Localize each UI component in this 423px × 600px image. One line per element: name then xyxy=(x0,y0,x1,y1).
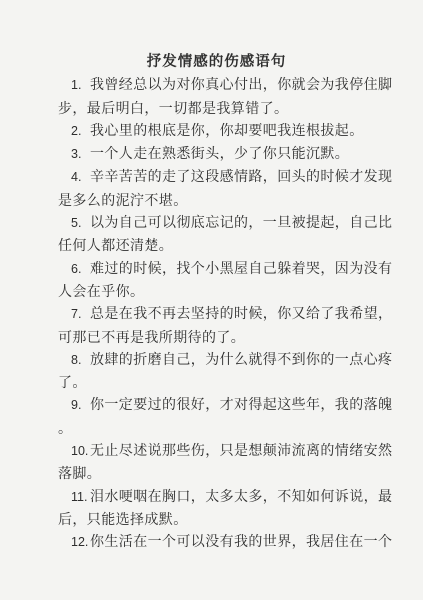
item-line: 是多么的泥泞不堪。 xyxy=(58,189,375,211)
list-item: 6.难过的时候，找个小黑屋自己躲着哭，因为没有 人会在乎你。 xyxy=(58,257,375,303)
item-number: 2. xyxy=(71,120,90,142)
item-line: 4.辛辛苦苦的走了这段感情路，回头的时候才发现 xyxy=(58,165,375,188)
item-line: 9.你一定要过的很好，才对得起这些年，我的落魄 xyxy=(58,393,375,416)
list-item: 12.你生活在一个可以没有我的世界，我居住在一个 xyxy=(58,530,375,553)
item-line: 可那已不再是我所期待的了。 xyxy=(58,326,375,348)
item-line: 了。 xyxy=(58,371,375,393)
item-text: 你生活在一个可以没有我的世界，我居住在一个 xyxy=(90,533,392,549)
item-number: 6. xyxy=(71,258,90,280)
item-line: 落脚。 xyxy=(58,462,375,484)
item-number: 7. xyxy=(71,303,90,325)
item-text: 难过的时候，找个小黑屋自己躲着哭，因为没有 xyxy=(90,260,392,276)
page-title: 抒发情感的伤感语句 xyxy=(58,51,375,73)
item-text: 你一定要过的很好，才对得起这些年，我的落魄 xyxy=(90,396,392,412)
item-number: 9. xyxy=(71,394,90,416)
item-line: 2.我心里的根底是你，你却要吧我连根拔起。 xyxy=(58,119,375,142)
item-text: 以为自己可以彻底忘记的，一旦被提起，自己比 xyxy=(90,214,392,230)
item-line: 8.放肆的折磨自己，为什么就得不到你的一点心疼 xyxy=(58,348,375,371)
list-item: 1.我曾经总以为对你真心付出，你就会为我停住脚 步，最后明白，一切都是我算错了。 xyxy=(58,73,375,119)
item-text: 我曾经总以为对你真心付出，你就会为我停住脚 xyxy=(90,76,392,92)
item-number: 4. xyxy=(71,166,90,188)
item-number: 11. xyxy=(71,486,90,508)
list-item: 7.总是在我不再去坚持的时候，你又给了我希望， 可那已不再是我所期待的了。 xyxy=(58,302,375,348)
item-text: 泪水哽咽在胸口，太多太多，不知如何诉说，最 xyxy=(90,488,392,504)
item-line: 任何人都还清楚。 xyxy=(58,234,375,256)
list-item: 4.辛辛苦苦的走了这段感情路，回头的时候才发现 是多么的泥泞不堪。 xyxy=(58,165,375,211)
list-item: 3.一个人走在熟悉街头，少了你只能沉默。 xyxy=(58,142,375,165)
item-number: 5. xyxy=(71,212,90,234)
list-item: 5.以为自己可以彻底忘记的，一旦被提起，自己比 任何人都还清楚。 xyxy=(58,211,375,257)
item-number: 3. xyxy=(71,143,90,165)
item-line: 11.泪水哽咽在胸口，太多太多，不知如何诉说，最 xyxy=(58,485,375,508)
item-number: 1. xyxy=(71,74,90,96)
item-line: 步，最后明白，一切都是我算错了。 xyxy=(58,97,375,119)
item-line: 。 xyxy=(58,417,375,439)
item-line: 人会在乎你。 xyxy=(58,280,375,302)
list-item: 9.你一定要过的很好，才对得起这些年，我的落魄 。 xyxy=(58,393,375,439)
item-number: 12. xyxy=(71,531,90,553)
sentence-list: 1.我曾经总以为对你真心付出，你就会为我停住脚 步，最后明白，一切都是我算错了。… xyxy=(58,73,375,553)
item-line: 后，只能选择成默。 xyxy=(58,508,375,530)
item-line: 10.无止尽述说那些伤，只是想颠沛流离的情绪安然 xyxy=(58,439,375,462)
list-item: 2.我心里的根底是你，你却要吧我连根拔起。 xyxy=(58,119,375,142)
item-text: 一个人走在熟悉街头，少了你只能沉默。 xyxy=(90,145,349,161)
item-text: 我心里的根底是你，你却要吧我连根拔起。 xyxy=(90,122,364,138)
item-line: 12.你生活在一个可以没有我的世界，我居住在一个 xyxy=(58,530,375,553)
item-text: 总是在我不再去坚持的时候，你又给了我希望， xyxy=(90,305,392,321)
item-number: 10. xyxy=(71,440,90,462)
item-text: 辛辛苦苦的走了这段感情路，回头的时候才发现 xyxy=(90,168,392,184)
list-item: 10.无止尽述说那些伤，只是想颠沛流离的情绪安然 落脚。 xyxy=(58,439,375,485)
document-page: 抒发情感的伤感语句 1.我曾经总以为对你真心付出，你就会为我停住脚 步，最后明白… xyxy=(0,0,423,600)
item-text: 无止尽述说那些伤，只是想颠沛流离的情绪安然 xyxy=(90,442,392,458)
item-line: 6.难过的时候，找个小黑屋自己躲着哭，因为没有 xyxy=(58,257,375,280)
list-item: 8.放肆的折磨自己，为什么就得不到你的一点心疼 了。 xyxy=(58,348,375,394)
item-text: 放肆的折磨自己，为什么就得不到你的一点心疼 xyxy=(90,351,392,367)
item-line: 3.一个人走在熟悉街头，少了你只能沉默。 xyxy=(58,142,375,165)
item-number: 8. xyxy=(71,349,90,371)
list-item: 11.泪水哽咽在胸口，太多太多，不知如何诉说，最 后，只能选择成默。 xyxy=(58,485,375,531)
item-line: 7.总是在我不再去坚持的时候，你又给了我希望， xyxy=(58,302,375,325)
item-line: 1.我曾经总以为对你真心付出，你就会为我停住脚 xyxy=(58,73,375,96)
document-content: 抒发情感的伤感语句 1.我曾经总以为对你真心付出，你就会为我停住脚 步，最后明白… xyxy=(0,0,423,554)
item-line: 5.以为自己可以彻底忘记的，一旦被提起，自己比 xyxy=(58,211,375,234)
